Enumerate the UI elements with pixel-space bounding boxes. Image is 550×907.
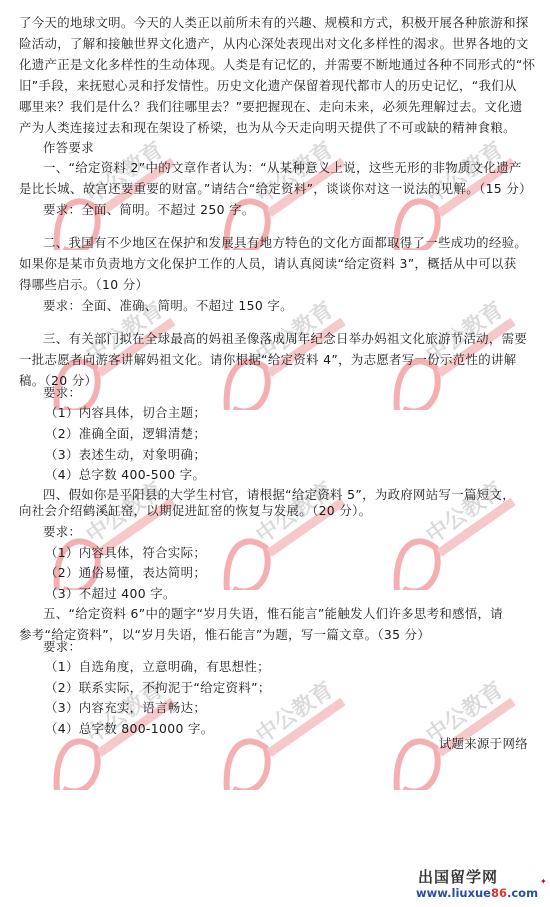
question-3-requirement: （3）表述生动，对象明确； [45, 447, 206, 463]
site-url[interactable]: www.liuxue86.com [416, 886, 538, 900]
question-1-text: 一、“给定资料 2”中的文章作者认为：“从某种意义上说，这些无形的非物质文化遗产 [43, 160, 522, 176]
question-5-requirement: （2）联系实际，不拘泥于“给定资料”； [45, 680, 271, 696]
watermark-logo: 中公教育 [190, 680, 360, 790]
question-4-text: 向社会介绍鹤溪缸窑，以期促进缸窑的恢复与发展。（20 分）。 [19, 503, 371, 519]
question-5-text: 五、“给定资料 6”中的题字“岁月失语，惟石能言”能触发人们许多思考和感悟，请 [43, 606, 503, 622]
question-3-text: 三、有关部门拟在全球最高的妈祖圣像落成周年纪念日举办妈祖文化旅游节活动，需要 [43, 331, 527, 347]
question-4-requirement: （2）通俗易懂，表达简明； [45, 565, 206, 581]
body-text-line: 哪里来？我们是什么？我们往哪里去？”要把握现在、走向未来，必须先理解过去。文化遗 [19, 99, 523, 115]
question-1-requirement: 要求：全面、简明。不超过 250 字。 [43, 202, 255, 218]
body-text-line: 化遗产正是文化多样性的生动体现。人类是有记忆的，并需要不断地通过各种不同形式的“… [19, 57, 535, 73]
site-url-prefix: www.liuxue [416, 886, 491, 900]
question-4-requirement: （3）不超过 400 字。 [45, 586, 176, 602]
question-4-text: 四、假如你是平阳县的大学生村官，请根据“给定资料 5”，为政府网站写一篇短文， [43, 487, 515, 503]
source-note: 试题来源于网络 [439, 736, 528, 752]
question-2-text: 如果你是某市负责地方文化保护工作的人员，请认真阅读“给定资料 3”，概括从中可以… [19, 256, 516, 272]
question-4-requirement-label: 要求： [43, 524, 81, 540]
question-5-requirement: （3）内容充实，语言畅达； [45, 700, 206, 716]
question-5-requirement: （4）总字数 800-1000 字。 [45, 721, 213, 737]
question-1-text: 是比长城、故宫还要重要的财富。”请结合“给定资料”，谈谈你对这一说法的见解。（1… [19, 181, 532, 197]
site-url-suffix: .com [507, 886, 538, 900]
body-text-line: 产为人类连接过去和现在架设了桥梁，也为从今天走向明天提供了不可或缺的精神食粮。 [19, 120, 516, 136]
question-3-requirement-label: 要求： [43, 385, 81, 401]
document-page: 中公教育 中公教育 中公教育 中公教育 中公教育 中公教育 中公教育 中公教育 … [0, 0, 550, 907]
logo-mark-icon: ✦ [540, 877, 547, 886]
section-heading: 作答要求 [43, 140, 94, 156]
question-2-text: 得哪些启示。（10 分） [19, 277, 148, 293]
question-3-requirement: （2）准确全面，逻辑清楚； [45, 426, 206, 442]
question-3-requirement: （4）总字数 400-500 字。 [45, 467, 205, 483]
body-text-line: 险活动，了解和接触世界文化遗产，从内心深处表现出对文化多样性的渴求。世界各地的文 [19, 36, 529, 52]
watermark-logo: 中公教育 [360, 680, 530, 790]
question-5-requirement: （1）自选角度，立意明确，有思想性； [45, 659, 270, 675]
site-logo[interactable]: 出国留学网 www.liuxue86.com ✦ [418, 866, 548, 904]
site-name: 出国留学网 [418, 866, 498, 887]
question-2-text: 二、我国有不少地区在保护和发展具有地方特色的文化方面都取得了一些成功的经验。 [43, 235, 527, 251]
question-5-requirement-label: 要求： [43, 639, 81, 655]
question-3-text: 一批志愿者向游客讲解妈祖文化。请你根据“给定资料 4”，为志愿者写一份示范性的讲… [19, 352, 516, 368]
site-url-highlight: 86 [491, 886, 507, 900]
body-text-line: 了今天的地球文明。今天的人类正以前所未有的兴趣、规模和方式，积极开展各种旅游和探 [19, 15, 529, 31]
question-3-requirement: （1）内容具体，切合主题； [45, 405, 206, 421]
question-2-requirement: 要求：全面、准确、简明。不超过 150 字。 [43, 298, 293, 314]
question-4-requirement: （1）内容具体，符合实际； [45, 545, 206, 561]
body-text-line: 旧”手段，来抚慰心灵和抒发情性。历史文化遗产保留着现代都市人的历史记忆，“我们从 [19, 78, 517, 94]
